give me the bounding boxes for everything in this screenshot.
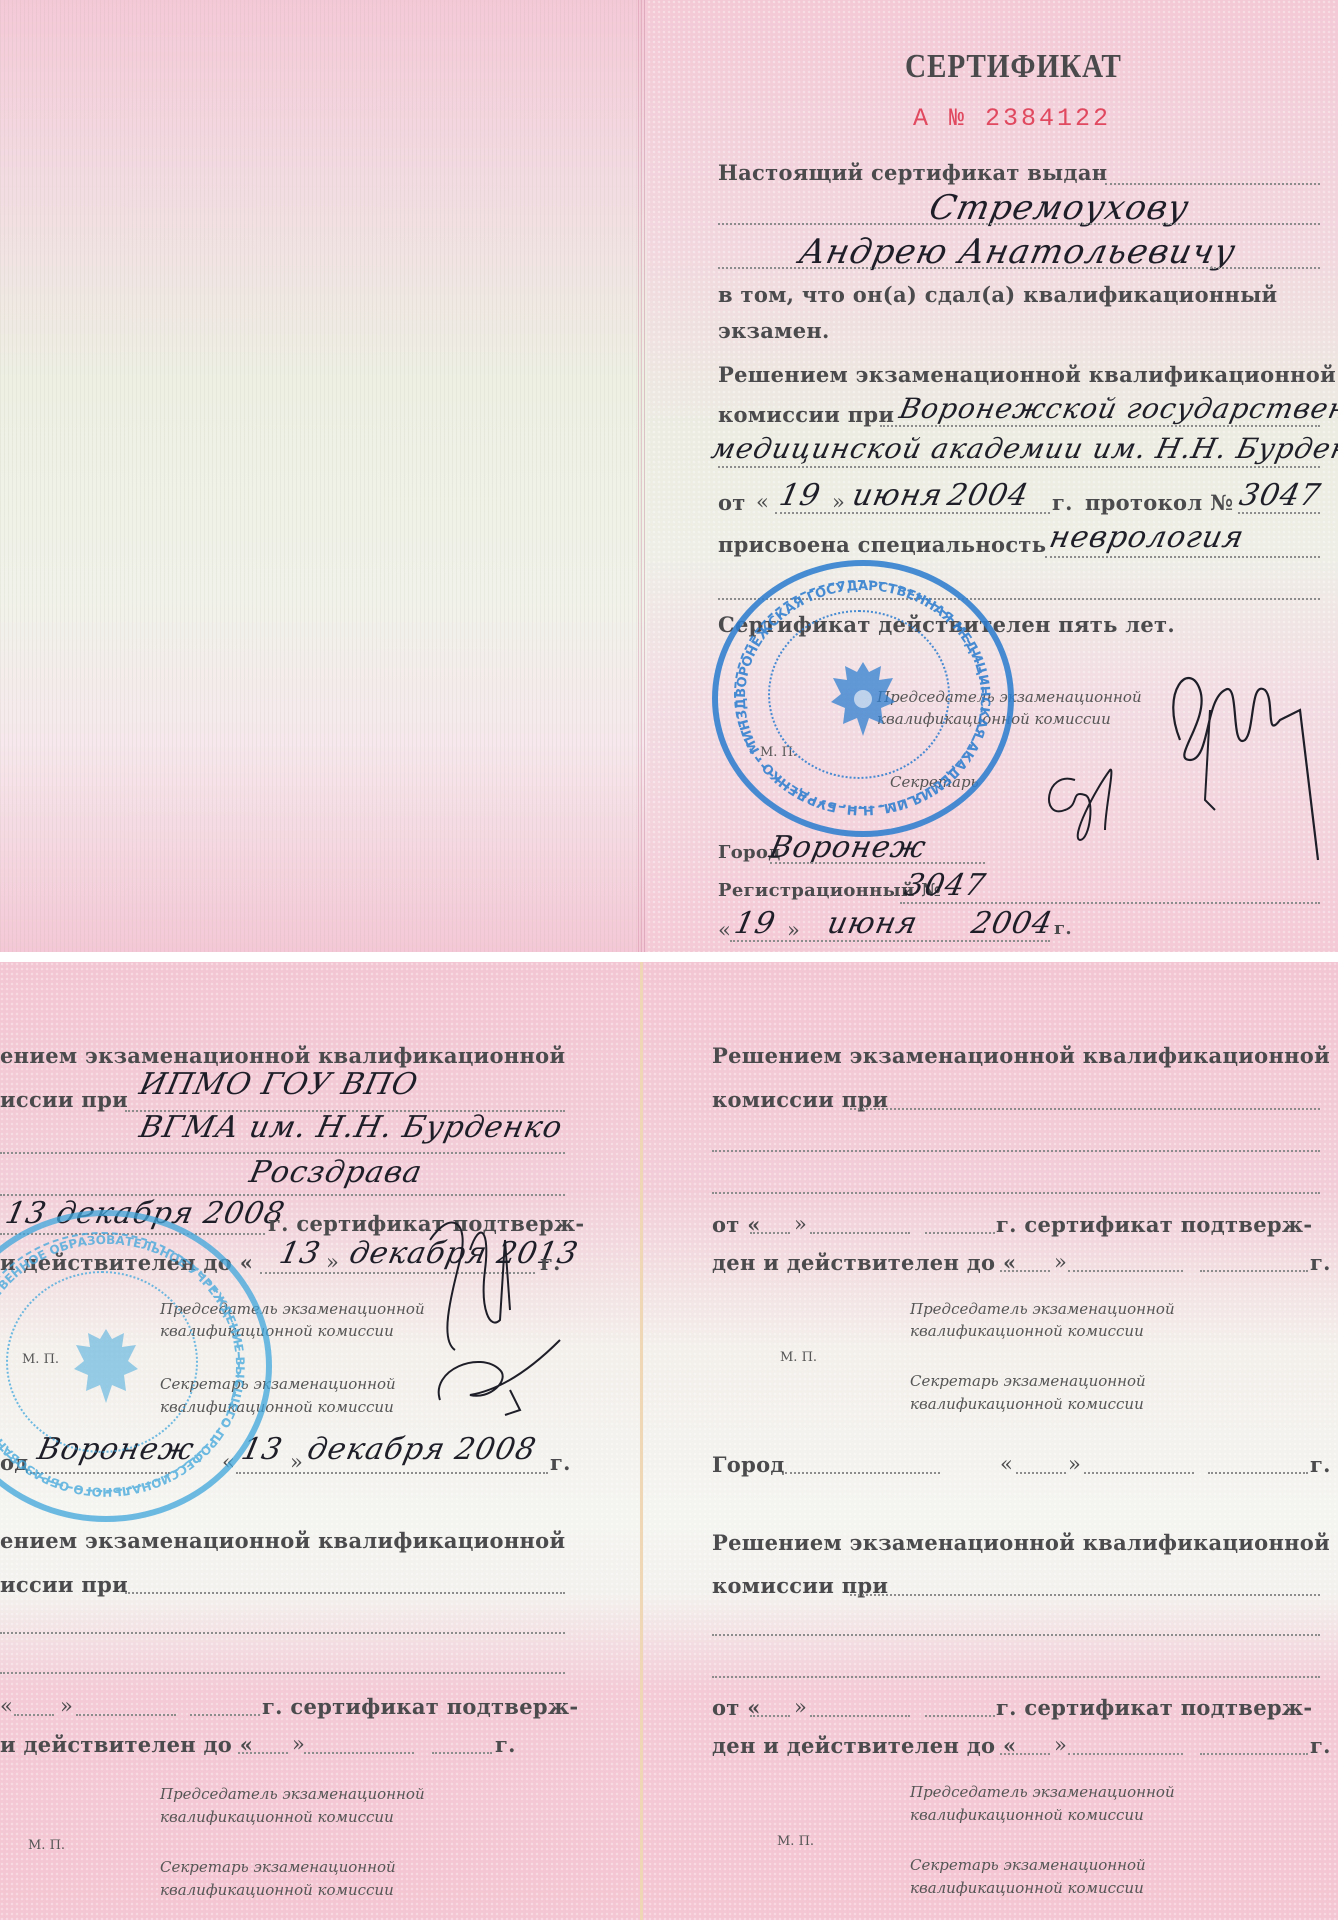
renewal4-year-suffix: г.: [1310, 1733, 1331, 1758]
renewal1-valid-day: 13: [276, 1236, 324, 1271]
protocol-number: 3047: [1236, 478, 1324, 513]
renewal2-valid-year-line: [432, 1752, 492, 1754]
certificate-title: СЕРТИФИКАТ: [905, 48, 1122, 86]
reg-quote-open: «: [718, 918, 731, 942]
renewal4-valid-day-line: [1000, 1753, 1050, 1755]
renewal2-seal-place-label: М. П.: [28, 1838, 65, 1853]
renewal1-commission-value-2: ВГМА им. Н.Н. Бурденко: [136, 1110, 566, 1145]
commission-value: Воронежской государственной: [896, 392, 1338, 425]
renewal4-commission-line-2: [712, 1634, 1320, 1636]
renewal1-commission-line-2: [0, 1152, 565, 1154]
renewal2-valid-month-line: [304, 1752, 414, 1754]
protocol-line: [1238, 512, 1320, 514]
reg-year-suffix: г.: [1054, 918, 1072, 939]
commission-line-2: [718, 466, 1320, 468]
renewal1-commission-value: ИПМО ГОУ ВПО: [136, 1067, 421, 1102]
reg-quote-close: »: [787, 918, 800, 942]
chairman-signature: [1150, 650, 1338, 870]
renewal4-chairman-label-2: квалификационной комиссии: [910, 1806, 1144, 1824]
renewal3-commission-line-2: [712, 1150, 1320, 1152]
renewal3-valid-month-line: [1068, 1270, 1183, 1272]
specialty-line: [1045, 556, 1320, 558]
renewal1-issue-year-suffix: г.: [550, 1450, 571, 1475]
issued-to-line: [1105, 183, 1320, 185]
renewal4-chairman-label: Председатель экзаменационной: [910, 1783, 1175, 1801]
holder-surname: Стремоухову: [926, 188, 1193, 228]
renewal4-decision-text: Решением экзаменационной квалификационно…: [712, 1530, 1330, 1555]
year-suffix: г.: [1052, 490, 1073, 515]
quote-open: «: [756, 490, 769, 514]
renewal2-chairman-label-2: квалификационной комиссии: [160, 1808, 394, 1826]
reg-month: июня: [824, 906, 921, 941]
renewal3-chairman-label-2: квалификационной комиссии: [910, 1322, 1144, 1340]
renewal2-commission-line-3: [0, 1672, 565, 1674]
renewal4-commission-line-3: [712, 1676, 1320, 1678]
renewal-seal: ГОСУДАРСТВЕННОЕ ОБРАЗОВАТЕЛЬНОЕ УЧРЕЖДЕН…: [0, 1210, 272, 1522]
quote-close: »: [832, 490, 845, 514]
renewal2-commission-line: [125, 1592, 565, 1594]
commission-value-2: медицинской академии им. Н.Н. Бурденко: [708, 432, 1338, 465]
renewal3-valid-year-line: [1200, 1270, 1308, 1272]
renewal3-city-month-line: [1084, 1472, 1194, 1474]
renewal3-city-label: Город: [712, 1452, 785, 1477]
renewal3-chairman-label: Председатель экзаменационной: [910, 1300, 1175, 1318]
renewal3-city-year-line: [1208, 1472, 1308, 1474]
renewal3-decision-text: Решением экзаменационной квалификационно…: [712, 1043, 1330, 1068]
renewal3-city-day-line: [1016, 1472, 1066, 1474]
renewal3-confirmed-text: г. сертификат подтверж-: [996, 1212, 1312, 1237]
renewal1-issue-month-year: декабря 2008: [304, 1432, 539, 1467]
renewal3-commission-line: [850, 1108, 1320, 1110]
renewal3-year-suffix: г.: [1310, 1250, 1331, 1275]
renewal1-commission-label: иссии при: [0, 1087, 128, 1112]
protocol-label: протокол №: [1085, 490, 1233, 515]
renewal1-issue-line: [236, 1472, 548, 1474]
renewal4-quote-close: »: [794, 1695, 807, 1719]
renewal3-city-quote-close: »: [1068, 1452, 1081, 1476]
city-line: [770, 862, 985, 864]
secretary-signature: [1035, 750, 1135, 850]
renewal1-chairman-signature: [410, 1200, 600, 1430]
commission-line: [880, 425, 1320, 427]
renewal4-secretary-label-2: квалификационной комиссии: [910, 1879, 1144, 1897]
renewal4-seal-place-label: М. П.: [777, 1834, 814, 1849]
renewal1-quote-close: »: [326, 1250, 339, 1274]
renewal2-day-line: [14, 1714, 54, 1716]
renewal3-quote-close-2: »: [1054, 1250, 1067, 1274]
renewal2-valid-until-label: и действителен до «: [0, 1732, 253, 1757]
reg-year: 2004: [968, 906, 1056, 941]
renewal4-quote-close-2: »: [1054, 1733, 1067, 1757]
reg-number-value: 3047: [901, 868, 989, 903]
specialty-label: присвоена специальность: [718, 532, 1046, 557]
renewal2-confirmed-text: г. сертификат подтверж-: [262, 1694, 578, 1719]
issued-to-label: Настоящий сертификат выдан: [718, 160, 1107, 185]
name-line: [718, 267, 1320, 269]
date-from-label: от: [718, 490, 746, 515]
renewal1-decision-text: ением экзаменационной квалификационной: [0, 1043, 565, 1068]
renewal3-commission-line-3: [712, 1192, 1320, 1194]
renewal4-valid-month-line: [1068, 1753, 1183, 1755]
renewal2-quote-close: »: [60, 1694, 73, 1718]
renewal3-valid-until-label: ден и действителен до «: [712, 1250, 1016, 1275]
renewal4-valid-year-line: [1200, 1753, 1308, 1755]
decision-day: 19: [776, 478, 824, 513]
blank-cover-page: [0, 0, 647, 952]
renewal3-city-line: [785, 1472, 940, 1474]
renewal3-day-line: [750, 1232, 790, 1234]
renewal3-city-year-suffix: г.: [1310, 1452, 1331, 1477]
renewal2-secretary-label: Секретарь экзаменационной: [160, 1858, 396, 1876]
renewal4-secretary-label: Секретарь экзаменационной: [910, 1856, 1146, 1874]
exam-passed-text: в том, что он(а) сдал(а) квалификационны…: [718, 282, 1277, 307]
decision-year: 2004: [944, 478, 1032, 513]
renewal3-valid-day-line: [1000, 1270, 1050, 1272]
renewal2-year-line: [190, 1714, 260, 1716]
specialty-value: неврология: [1046, 520, 1247, 555]
reg-date-line: [730, 940, 1050, 942]
decision-text: Решением экзаменационной квалификационно…: [718, 362, 1336, 387]
renewal2-year-suffix: г.: [495, 1732, 516, 1757]
renewal4-valid-until-label: ден и действителен до «: [712, 1733, 1016, 1758]
renewal4-confirmed-text: г. сертификат подтверж-: [996, 1695, 1312, 1720]
surname-line: [718, 223, 1320, 225]
holder-name: Андрею Анатольевичу: [796, 232, 1240, 272]
reg-line: [900, 902, 1320, 904]
renewal4-year-line: [925, 1715, 995, 1717]
coat-of-arms-icon: [823, 654, 903, 744]
renewal3-secretary-label-2: квалификационной комиссии: [910, 1395, 1144, 1413]
commission-label: комиссии при: [718, 402, 894, 427]
date-line: [775, 512, 1050, 514]
academy-seal: ВОРОНЕЖСКАЯ ГОСУДАРСТВЕННАЯ МЕДИЦИНСКАЯ …: [712, 560, 1014, 837]
renewal2-chairman-label: Председатель экзаменационной: [160, 1785, 425, 1803]
renewal4-commission-line: [850, 1594, 1320, 1596]
renewal1-city-quote-close: »: [290, 1450, 303, 1474]
coat-of-arms-icon: [66, 1321, 146, 1411]
renewal4-month-line: [810, 1715, 910, 1717]
renewal3-quote-close: »: [794, 1212, 807, 1236]
renewal2-month-line: [76, 1714, 176, 1716]
renewal2-decision-text: ением экзаменационной квалификационной: [0, 1528, 565, 1553]
decision-month: июня: [849, 478, 946, 513]
renewal3-month-line: [810, 1232, 910, 1234]
renewal2-quote-open: «: [0, 1694, 13, 1718]
renewal3-seal-place-label: М. П.: [780, 1350, 817, 1365]
certificate-serial-number: А № 2384122: [913, 104, 1111, 133]
renewal3-secretary-label: Секретарь экзаменационной: [910, 1372, 1146, 1390]
renewal2-valid-day-line: [238, 1752, 288, 1754]
renewal1-commission-value-3: Росздрава: [246, 1155, 425, 1190]
reg-day: 19: [731, 906, 779, 941]
renewal4-day-line: [750, 1715, 790, 1717]
renewal3-year-line: [925, 1232, 995, 1234]
renewal2-secretary-label-2: квалификационной комиссии: [160, 1881, 394, 1899]
renewal2-commission-label: иссии при: [0, 1572, 128, 1597]
renewal2-commission-line-2: [0, 1632, 565, 1634]
renewal3-city-date-quote-open: «: [1000, 1452, 1013, 1476]
exam-passed-text-2: экзамен.: [718, 318, 830, 343]
